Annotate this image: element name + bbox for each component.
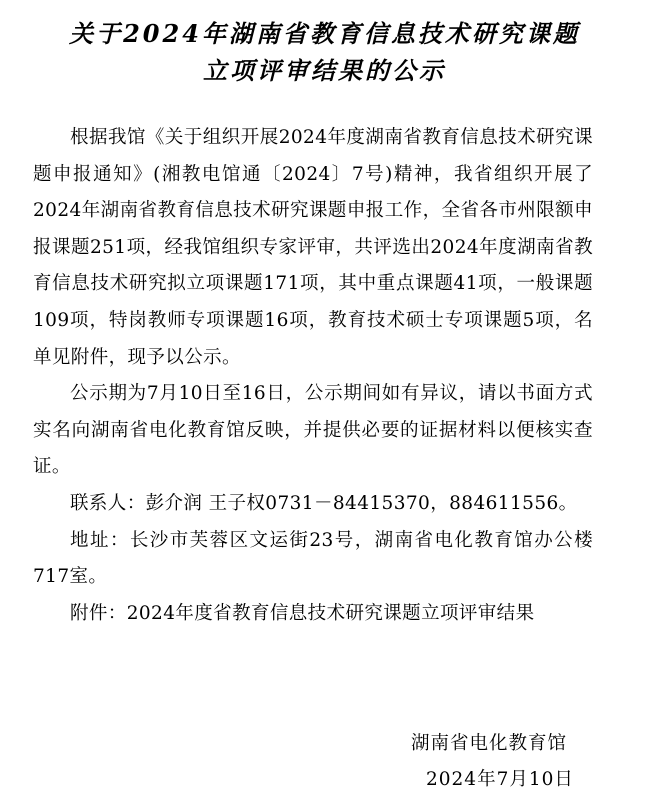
document-title-line-2: 立项评审结果的公示 bbox=[0, 57, 649, 85]
signature-organization: 湖南省电化教育馆 bbox=[411, 730, 567, 758]
paragraph-attachment: 附件：2024年度省教育信息技术研究课题立项评审结果 bbox=[33, 596, 593, 633]
paragraph-publicity-period: 公示期为7月10日至16日，公示期间如有异议，请以书面方式实名向湖南省电化教育馆… bbox=[33, 376, 593, 486]
signature-date: 2024年7月10日 bbox=[426, 766, 574, 794]
paragraph-contact: 联系人：彭介润 王子权0731－84415370，884611556。 bbox=[33, 486, 593, 523]
paragraph-address: 地址：长沙市芙蓉区文运街23号，湖南省电化教育馆办公楼717室。 bbox=[33, 523, 593, 596]
document-title-line-1: 关于2024年湖南省教育信息技术研究课题 bbox=[0, 20, 649, 48]
document-body: 根据我馆《关于组织开展2024年度湖南省教育信息技术研究课题申报通知》(湘教电馆… bbox=[33, 120, 593, 632]
paragraph-announcement: 根据我馆《关于组织开展2024年度湖南省教育信息技术研究课题申报通知》(湘教电馆… bbox=[33, 120, 593, 376]
